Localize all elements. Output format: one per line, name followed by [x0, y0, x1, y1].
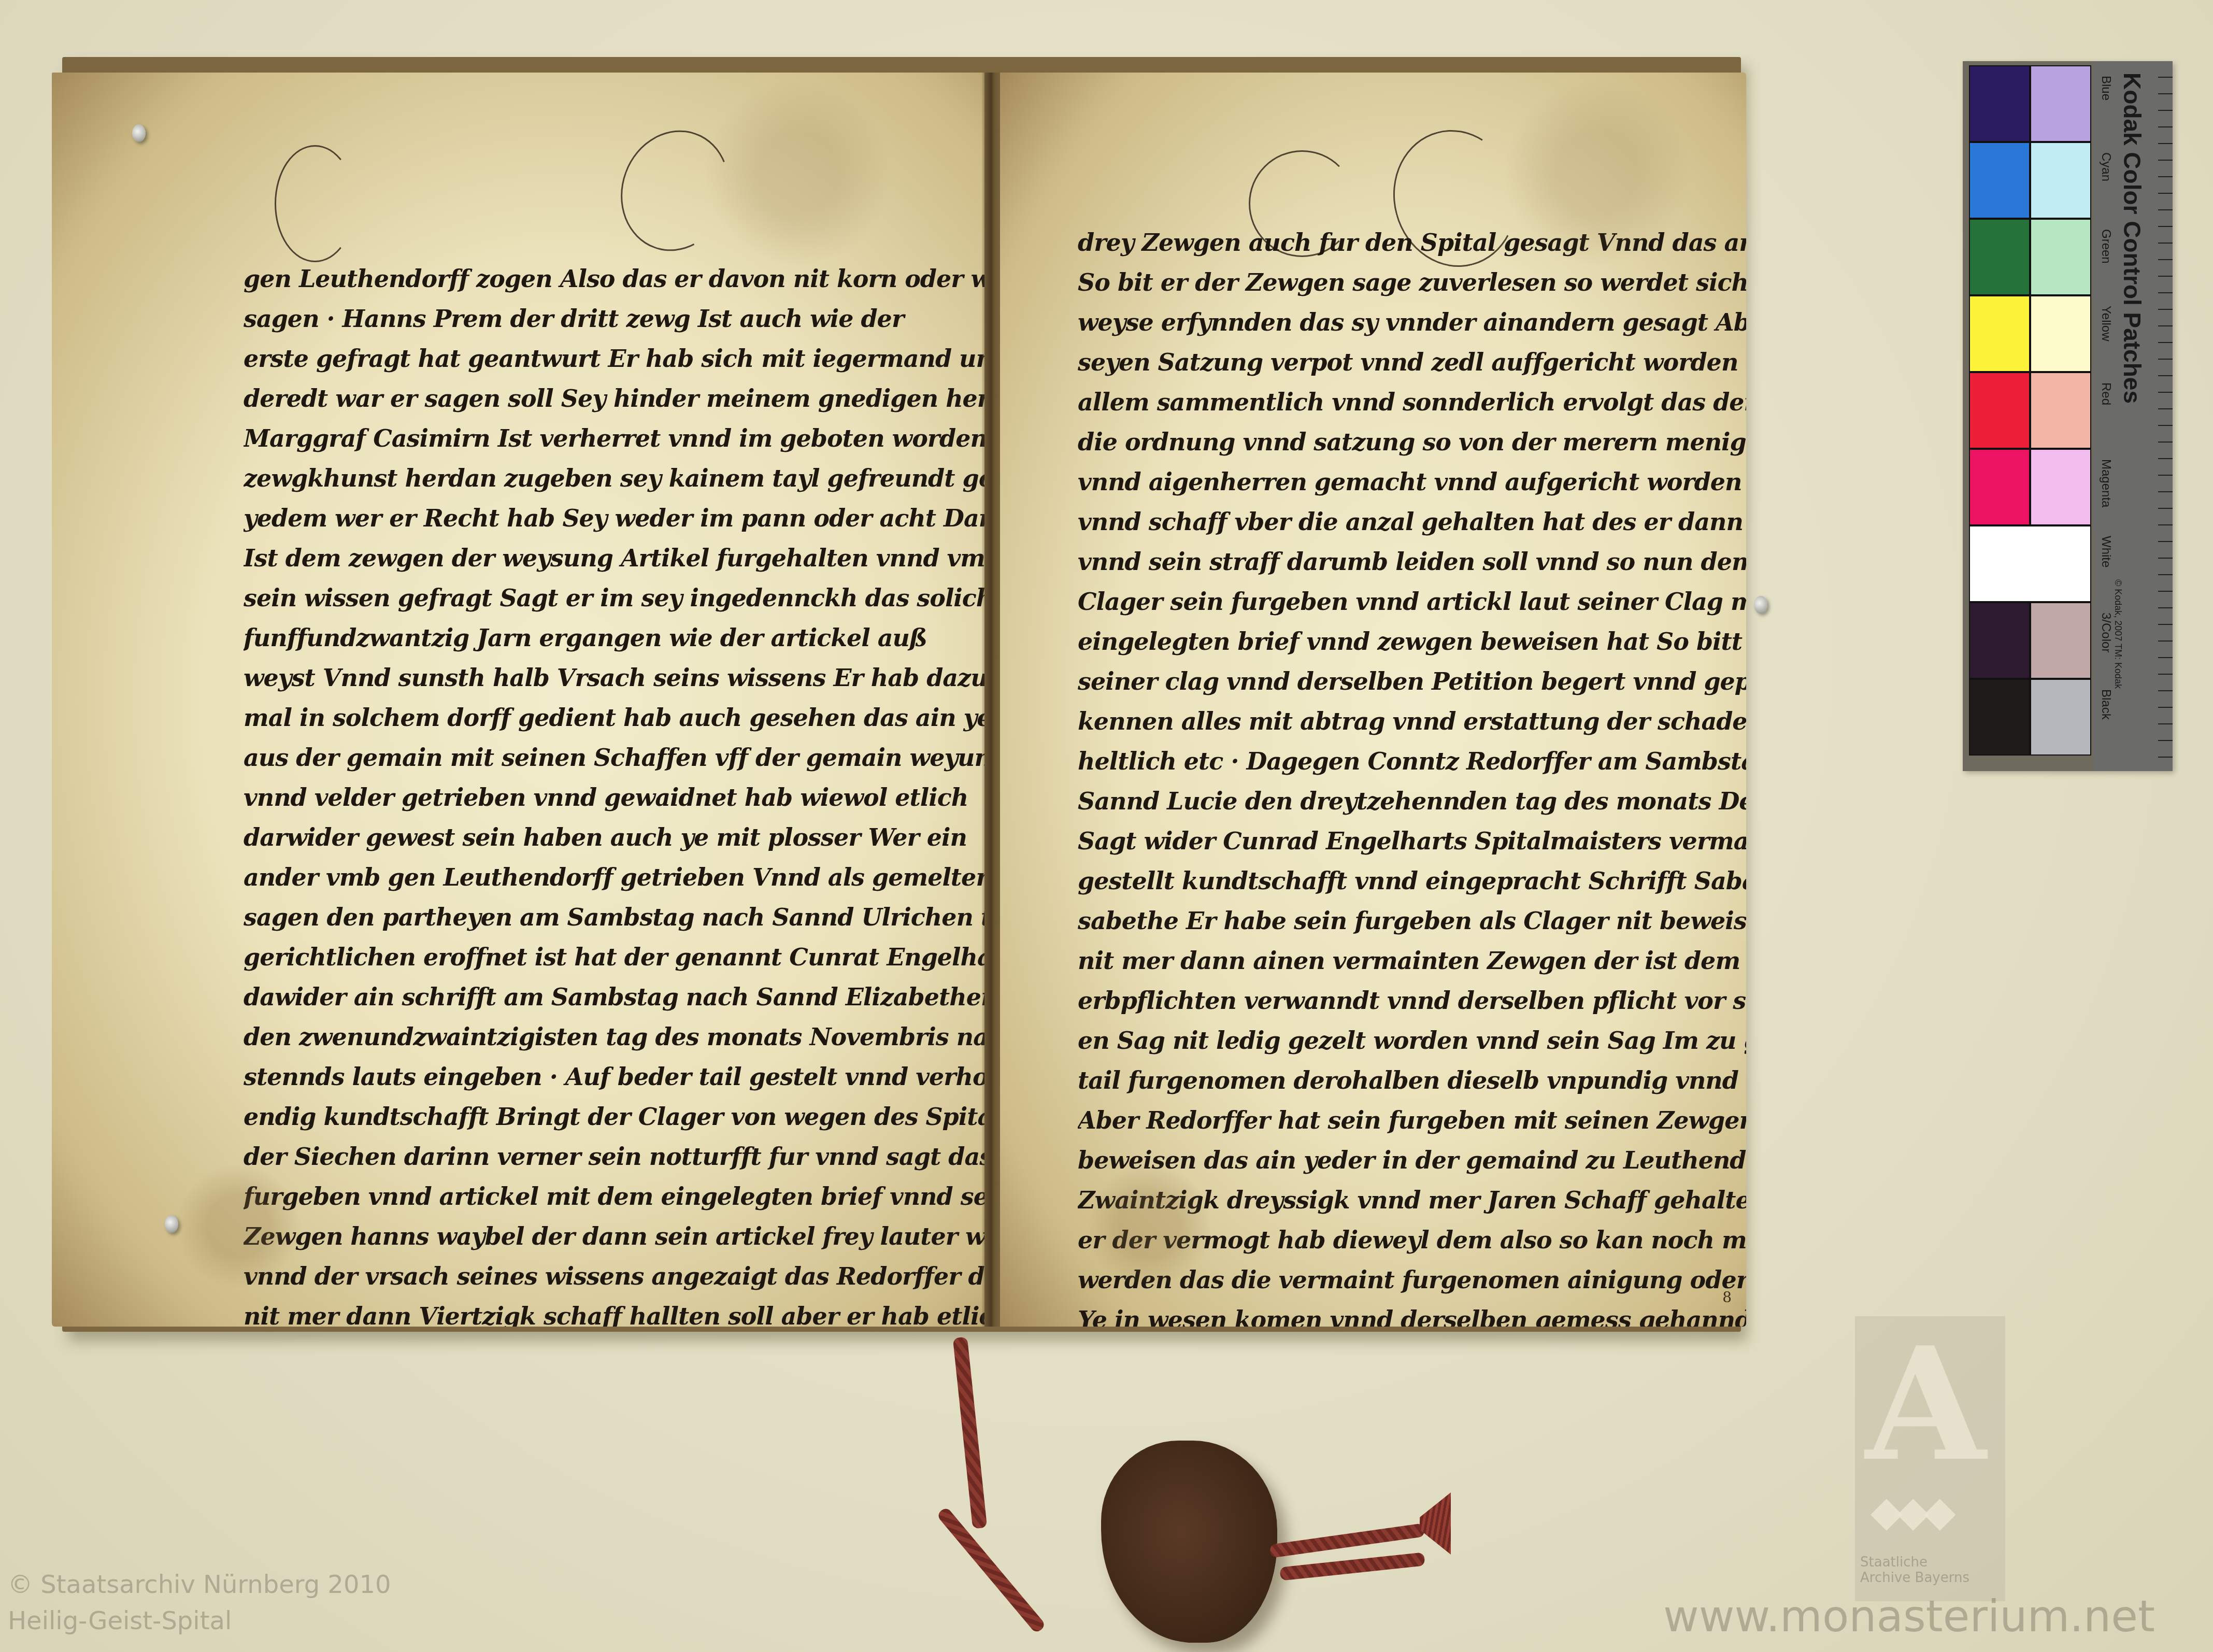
color-patch-yellow-light: [2030, 295, 2091, 372]
manuscript-line: weyst Vnnd sunsth halb Vrsach seins wiss…: [244, 658, 984, 698]
manuscript-line: So bit er der Zewgen sage zuverlesen so …: [1078, 263, 1746, 303]
color-patch-green-light: [2030, 219, 2091, 295]
manuscript-line: der Siechen darinn verner sein notturfft…: [244, 1137, 984, 1177]
color-patch-blue-light: [2030, 65, 2091, 142]
mounting-pin: [165, 1215, 178, 1233]
manuscript-line: die ordnung vnnd satzung so von der mere…: [1078, 422, 1746, 462]
manuscript-line: Clager sein furgeben vnnd artickl laut s…: [1078, 582, 1746, 622]
manuscript-line: sabethe Er habe sein furgeben als Clager…: [1078, 901, 1746, 941]
manuscript-line: erbpflichten verwanndt vnnd derselben pf…: [1078, 981, 1746, 1021]
manuscript-line: yedem wer er Recht hab Sey weder im pann…: [244, 499, 984, 538]
left-page: gen Leuthendorff zogen Also das er davon…: [52, 73, 984, 1327]
manuscript-line: dawider ain schrifft am Sambstag nach Sa…: [244, 977, 984, 1017]
manuscript-line: gerichtlichen eroffnet ist hat der genan…: [244, 937, 984, 977]
chart-copyright: © Kodak, 2007 TM: Kodak: [2112, 579, 2123, 689]
patch-label: White: [2098, 536, 2113, 567]
manuscript-line: furgeben vnnd artickel mit dem eingelegt…: [244, 1177, 984, 1217]
patch-label: Blue: [2098, 76, 2113, 101]
manuscript-line: aus der gemain mit seinen Schaffen vff d…: [244, 738, 984, 778]
manuscript-line: zewgkhunst herdan zugeben sey kainem tay…: [244, 459, 984, 499]
manuscript-line: sagen den partheyen am Sambstag nach San…: [244, 898, 984, 937]
archive-logo: A ◆◆◆ Staatliche Archive Bayerns: [1855, 1316, 2005, 1601]
color-patch-magenta-light: [2030, 449, 2091, 525]
page-number-mark: 8: [1722, 1289, 1732, 1306]
manuscript-line: stennds lauts eingeben · Auf beder tail …: [244, 1057, 984, 1097]
patch-label: 3/Color: [2098, 613, 2113, 652]
left-page-text: gen Leuthendorff zogen Also das er davon…: [244, 259, 984, 1327]
manuscript-line: beweisen das ain yeder in der gemaind zu…: [1078, 1141, 1746, 1180]
manuscript-line: Sagt wider Cunrad Engelharts Spitalmaist…: [1078, 821, 1746, 861]
manuscript-line: Marggraf Casimirn Ist verherret vnnd im …: [244, 419, 984, 459]
manuscript-line: seyen Satzung verpot vnnd zedl auffgeric…: [1078, 343, 1746, 382]
patch-label: Green: [2098, 229, 2113, 264]
ruler-scale: [2158, 61, 2173, 771]
mounting-pin: [132, 124, 146, 142]
website-watermark-link[interactable]: www.monasterium.net: [1663, 1591, 2155, 1642]
manuscript-line: vnnd aigenherren gemacht vnnd aufgericht…: [1078, 462, 1746, 502]
manuscript-line: drey Zewgen auch fur den Spital gesagt V…: [1078, 223, 1746, 263]
manuscript-line: heltlich etc · Dagegen Conntz Redorffer …: [1078, 742, 1746, 781]
manuscript-line: deredt war er sagen soll Sey hinder mein…: [244, 379, 984, 419]
copyright-watermark: © Staatsarchiv Nürnberg 2010: [8, 1570, 391, 1599]
color-patch-yellow-dark: [1969, 295, 2030, 372]
manuscript-line: eingelegten brief vnnd zewgen beweisen h…: [1078, 622, 1746, 662]
manuscript-line: en Sag nit ledig gezelt worden vnnd sein…: [1078, 1021, 1746, 1061]
manuscript-line: nit mer dann Viertzigk schaff hallten so…: [244, 1297, 984, 1327]
manuscript-line: ander vmb gen Leuthendorff getrieben Vnn…: [244, 858, 984, 898]
color-patch-green-dark: [1969, 219, 2030, 295]
manuscript-line: Ye in wesen komen vnnd derselben gemess …: [1078, 1300, 1746, 1327]
right-page: drey Zewgen auch fur den Spital gesagt V…: [1000, 73, 1746, 1327]
book-gutter: [982, 73, 1003, 1327]
manuscript-line: werden das die vermaint furgenomen ainig…: [1078, 1260, 1746, 1300]
manuscript-line: nit mer dann ainen vermainten Zewgen der…: [1078, 941, 1746, 981]
patch-label: Magenta: [2098, 459, 2113, 507]
manuscript-line: funffundzwantzig Jarn ergangen wie der a…: [244, 618, 984, 658]
manuscript-line: vnnd sein straff darumb leiden soll vnnd…: [1078, 542, 1746, 582]
archive-logo-caption: Staatliche Archive Bayerns: [1860, 1555, 1969, 1586]
archive-logo-diamonds: ◆◆◆: [1871, 1487, 1951, 1535]
manuscript-line: Zewgen hanns waybel der dann sein artick…: [244, 1217, 984, 1257]
initial-flourish: [275, 145, 355, 262]
manuscript-line: vnnd der vrsach seines wissens angezaigt…: [244, 1257, 984, 1297]
color-patch-blue-dark: [1969, 65, 2030, 142]
manuscript-line: vnnd velder getrieben vnnd gewaidnet hab…: [244, 778, 984, 818]
patch-label: Black: [2098, 689, 2113, 720]
color-patch-cyan-dark: [1969, 142, 2030, 219]
manuscript-line: er der vermogt hab dieweyl dem also so k…: [1078, 1220, 1746, 1260]
manuscript-line: weyse erfynnden das sy vnnder ainandern …: [1078, 303, 1746, 343]
manuscript-line: darwider gewest sein haben auch ye mit p…: [244, 818, 984, 858]
manuscript-line: Zwaintzigk dreyssigk vnnd mer Jaren Scha…: [1078, 1180, 1746, 1220]
color-patch-white: [1969, 525, 2091, 602]
manuscript-line: den zwenundzwaintzigisten tag des monats…: [244, 1017, 984, 1057]
initial-flourish: [604, 115, 746, 266]
manuscript-line: kennen alles mit abtrag vnnd erstattung …: [1078, 702, 1746, 742]
manuscript-line: sein wissen gefragt Sagt er im sey inged…: [244, 578, 984, 618]
manuscript-line: vnnd schaff vber die anzal gehalten hat …: [1078, 502, 1746, 542]
manuscript-line: Ist dem zewgen der weysung Artikel furge…: [244, 538, 984, 578]
color-patch-magenta-dark: [1969, 449, 2030, 525]
archive-logo-letter: A: [1865, 1327, 1986, 1482]
manuscript-line: gestellt kundtschafft vnnd eingepracht S…: [1078, 861, 1746, 901]
color-patch-3color-dark: [1969, 602, 2030, 679]
manuscript-line: allem sammentlich vnnd sonnderlich ervol…: [1078, 382, 1746, 422]
patch-label: Cyan: [2098, 152, 2113, 181]
color-patch-black-dark: [1969, 679, 2030, 756]
manuscript-line: seiner clag vnnd derselben Petition bege…: [1078, 662, 1746, 702]
right-page-text: drey Zewgen auch fur den Spital gesagt V…: [1078, 223, 1746, 1327]
chart-title: Kodak Color Control Patches: [2118, 73, 2146, 404]
manuscript-line: endig kundtschafft Bringt der Clager von…: [244, 1097, 984, 1137]
manuscript-line: gen Leuthendorff zogen Also das er davon…: [244, 259, 984, 299]
manuscript-book: gen Leuthendorff zogen Also das er davon…: [52, 57, 1746, 1337]
color-patch-cyan-light: [2030, 142, 2091, 219]
color-patch-red-dark: [1969, 372, 2030, 449]
patch-label: Red: [2098, 382, 2113, 405]
collection-watermark: Heilig-Geist-Spital: [8, 1606, 232, 1635]
color-patch-black-light: [2030, 679, 2091, 756]
manuscript-line: mal in solchem dorff gedient hab auch ge…: [244, 698, 984, 738]
manuscript-line: tail furgenomen derohalben dieselb vnpun…: [1078, 1061, 1746, 1101]
patch-label: Yellow: [2098, 306, 2113, 341]
color-patch-3color-light: [2030, 602, 2091, 679]
mounting-pin: [1754, 596, 1767, 614]
manuscript-line: Aber Redorffer hat sein furgeben mit sei…: [1078, 1101, 1746, 1141]
manuscript-line: sagen · Hanns Prem der dritt zewg Ist au…: [244, 299, 984, 339]
manuscript-line: Sannd Lucie den dreytzehennden tag des m…: [1078, 781, 1746, 821]
color-patch-red-light: [2030, 372, 2091, 449]
manuscript-line: erste gefragt hat geantwurt Er hab sich …: [244, 339, 984, 379]
